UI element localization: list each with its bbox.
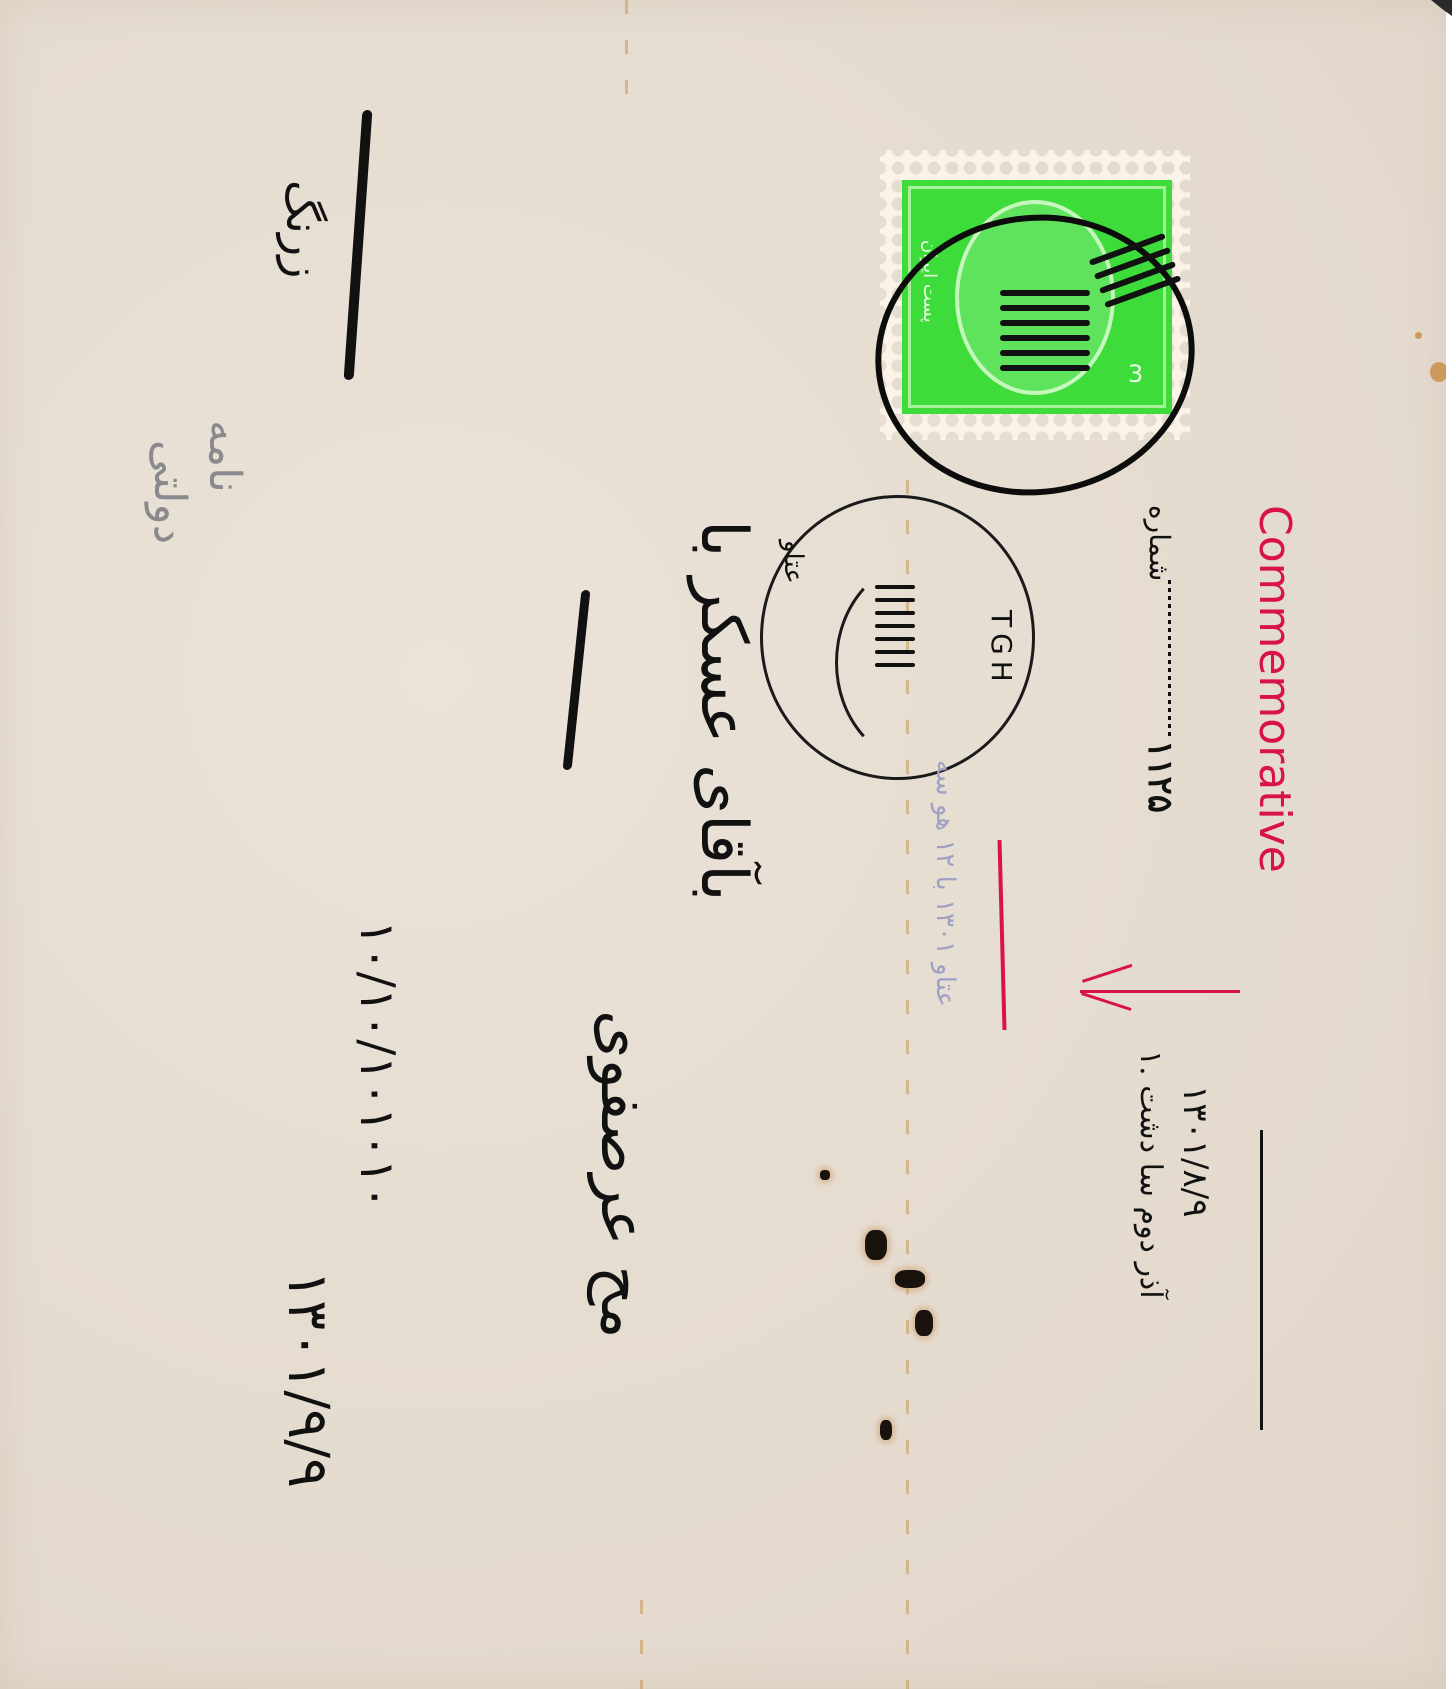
sender-line: ۱. آذر دوم سا دشت (1133, 1050, 1168, 1299)
ink-damage (895, 1270, 925, 1288)
scan-edge (1446, 0, 1452, 1689)
number-value: ۱۱۲۵ (1140, 740, 1180, 813)
ink-damage (915, 1310, 933, 1336)
addressee-line-1: بآقای عسکر با (686, 520, 760, 901)
pencil-note: نامه (199, 420, 250, 493)
annotation-arrow-shaft (1080, 990, 1240, 993)
addressee-line-2: مح عرصفوی (587, 1010, 660, 1339)
dotted-line (1168, 580, 1171, 740)
ink-damage (820, 1170, 830, 1180)
fold-line (625, 0, 628, 120)
handwritten-stroke (563, 590, 591, 770)
address-line: ۱۰/۱۰/۱۰۱۰۱۰ (349, 920, 405, 1210)
violet-handstamp: عتاو ۱۳۰۱ با ۱۲ هو سه (930, 760, 960, 1007)
receiving-postmark-inner (835, 560, 1010, 765)
date-line: ۱۳۰۱/۹/۹ (275, 1270, 340, 1488)
ink-damage (865, 1230, 887, 1260)
rust-spot (1415, 332, 1422, 339)
sender-underline (1260, 1130, 1263, 1430)
postmark-latin-text: TGH (985, 610, 1018, 688)
annotation-label: Commemorative (1249, 505, 1300, 873)
pencil-note: دولتی (144, 440, 195, 544)
handwritten-top-word: زرنگ (276, 180, 330, 278)
ink-damage (880, 1420, 892, 1440)
postmark-persian-text: عتاو (778, 540, 808, 584)
annotation-arrow-head (1082, 964, 1132, 983)
cancel-bars (1000, 290, 1090, 371)
annotation-arrow-head (1081, 992, 1131, 1011)
year-line: ۱۳۰۱/۸/۹ (1175, 1085, 1215, 1217)
number-label: شماره (1143, 505, 1176, 581)
annotation-bracket (998, 840, 1007, 1030)
fold-line (640, 1600, 643, 1689)
postmark-bars (875, 585, 915, 667)
envelope: زرنگ نامه دولتی پست ایران 3 TGH عتاو عتا… (0, 0, 1452, 1689)
handwritten-stroke (344, 110, 373, 380)
